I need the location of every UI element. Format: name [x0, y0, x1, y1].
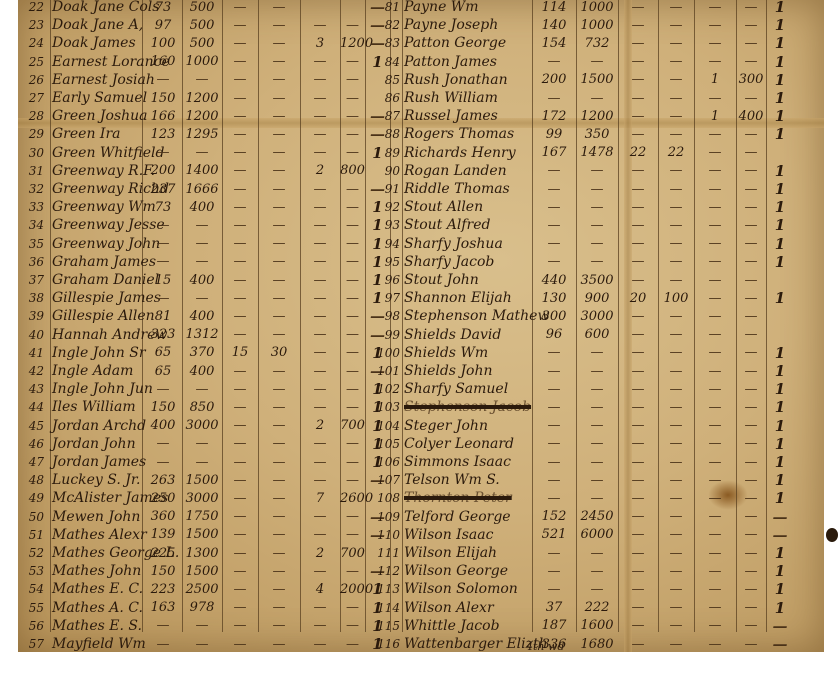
- entry-value-c3: —: [618, 582, 658, 597]
- entry-value-c4: —: [658, 163, 694, 178]
- entry-number: 113: [376, 582, 400, 596]
- entry-value-c3: —: [618, 72, 658, 87]
- entry-value-c1: —: [532, 564, 576, 579]
- entry-value-c3: —: [618, 364, 658, 379]
- entry-value-c5: —: [694, 637, 736, 652]
- entry-value-c3: —: [618, 455, 658, 470]
- entry-value-c6: —: [736, 291, 766, 306]
- entry-value-c4: —: [658, 436, 694, 451]
- entry-value-c4: —: [658, 509, 694, 524]
- entry-value-c1: 37: [532, 600, 576, 615]
- entry-name: Rush William: [404, 90, 498, 106]
- entry-value-c6: —: [736, 509, 766, 524]
- entry-number: 85: [376, 73, 400, 87]
- entry-value-c5: —: [694, 218, 736, 233]
- entry-value-c2: 600: [576, 327, 618, 342]
- entry-name: Sharfy Samuel: [404, 381, 508, 397]
- entry-value-c3: —: [618, 491, 658, 506]
- entry-number: 83: [376, 36, 400, 50]
- entry-value-c1: —: [532, 400, 576, 415]
- page-hole: [826, 528, 838, 542]
- entry-number: 107: [376, 473, 400, 487]
- entry-value-c2: 1600: [576, 618, 618, 633]
- entry-value-c1: —: [532, 200, 576, 215]
- entry-value-c2: —: [576, 200, 618, 215]
- entry-value-c1: 114: [532, 0, 576, 15]
- entry-name: Thornton Peter: [404, 490, 512, 506]
- entry-value-c6: —: [736, 0, 766, 15]
- entry-number: 115: [376, 619, 400, 633]
- entry-value-c2: —: [576, 491, 618, 506]
- entry-value-c5: —: [694, 345, 736, 360]
- entry-value-c6: —: [736, 309, 766, 324]
- entry-value-c5: —: [694, 236, 736, 251]
- entry-value-c4: —: [658, 582, 694, 597]
- entry-value-c6: —: [736, 91, 766, 106]
- entry-value-c6: —: [736, 564, 766, 579]
- entry-name: Rogan Landen: [404, 163, 507, 179]
- entry-value-c2: —: [576, 436, 618, 451]
- entry-value-c1: 521: [532, 527, 576, 542]
- entry-name: Shannon Elijah: [404, 290, 512, 306]
- entry-value-c3: —: [618, 564, 658, 579]
- entry-value-c2: —: [576, 54, 618, 69]
- entry-value-c6: —: [736, 254, 766, 269]
- entry-value-c5: —: [694, 309, 736, 324]
- entry-number: 81: [376, 0, 400, 14]
- entry-value-c5: —: [694, 582, 736, 597]
- entry-value-c2: —: [576, 382, 618, 397]
- entry-value-c6: —: [736, 163, 766, 178]
- entry-value-c6: —: [736, 364, 766, 379]
- entry-value-c2: 1000: [576, 0, 618, 15]
- entry-value-c3: —: [618, 509, 658, 524]
- entry-value-c3: —: [618, 54, 658, 69]
- entry-value-c4: —: [658, 91, 694, 106]
- entry-value-c3: 22: [618, 145, 658, 160]
- entry-value-c4: —: [658, 36, 694, 51]
- entry-value-c5: —: [694, 91, 736, 106]
- entry-value-c6: —: [736, 455, 766, 470]
- entry-value-c5: —: [694, 382, 736, 397]
- entry-name: Steger John: [404, 418, 488, 434]
- entry-number: 99: [376, 328, 400, 342]
- entry-number: 89: [376, 146, 400, 160]
- entry-value-c3: —: [618, 236, 658, 251]
- entry-value-c4: —: [658, 236, 694, 251]
- entry-value-c6: —: [736, 273, 766, 288]
- entry-value-c1: —: [532, 91, 576, 106]
- entry-name: Stout Alfred: [404, 217, 490, 233]
- entry-value-c4: —: [658, 54, 694, 69]
- entry-value-c5: —: [694, 0, 736, 15]
- entry-value-c6: 400: [736, 109, 766, 124]
- entry-value-c4: —: [658, 618, 694, 633]
- entry-value-c5: —: [694, 127, 736, 142]
- entry-value-c4: —: [658, 0, 694, 15]
- entry-value-c5: —: [694, 400, 736, 415]
- entry-number: 88: [376, 127, 400, 141]
- entry-value-c3: —: [618, 418, 658, 433]
- entry-value-c5: —: [694, 327, 736, 342]
- entry-value-c2: —: [576, 400, 618, 415]
- entry-value-c1: —: [532, 218, 576, 233]
- entry-value-c6: —: [736, 527, 766, 542]
- entry-value-c1: 200: [532, 72, 576, 87]
- entry-value-c4: —: [658, 491, 694, 506]
- entry-value-c2: —: [576, 582, 618, 597]
- entry-value-c1: —: [532, 382, 576, 397]
- entry-value-c6: —: [736, 582, 766, 597]
- entry-value-c5: —: [694, 418, 736, 433]
- entry-number: 111: [376, 546, 400, 560]
- entry-value-c5: —: [694, 473, 736, 488]
- entry-number: 105: [376, 437, 400, 451]
- entry-value-c2: —: [576, 91, 618, 106]
- entry-number: 93: [376, 218, 400, 232]
- entry-value-c3: —: [618, 618, 658, 633]
- entry-value-c5: —: [694, 200, 736, 215]
- entry-value-c5: —: [694, 527, 736, 542]
- entry-value-c1: 130: [532, 291, 576, 306]
- entry-value-c6: —: [736, 145, 766, 160]
- entry-value-c3: —: [618, 473, 658, 488]
- entry-name: Rogers Thomas: [404, 126, 514, 142]
- entry-value-c5: —: [694, 364, 736, 379]
- entry-number: 104: [376, 419, 400, 433]
- entry-value-c3: —: [618, 0, 658, 15]
- entry-value-c5: 1: [694, 109, 736, 124]
- entry-value-c4: —: [658, 637, 694, 652]
- entry-value-c4: —: [658, 418, 694, 433]
- entry-value-c5: —: [694, 54, 736, 69]
- entry-value-c3: 20: [618, 291, 658, 306]
- entry-name: Telson Wm S.: [404, 472, 500, 488]
- ledger-row: 116Wattenbarger Elizth3361680—————: [18, 633, 824, 655]
- entry-number: 94: [376, 237, 400, 251]
- entry-value-c2: 1478: [576, 145, 618, 160]
- entry-value-c1: —: [532, 236, 576, 251]
- entry-value-c5: 1: [694, 72, 736, 87]
- entry-number: 100: [376, 346, 400, 360]
- entry-value-c6: 300: [736, 72, 766, 87]
- entry-value-c4: —: [658, 364, 694, 379]
- entry-number: 110: [376, 528, 400, 542]
- entry-value-c2: —: [576, 455, 618, 470]
- entry-value-c6: —: [736, 491, 766, 506]
- entry-value-c2: —: [576, 163, 618, 178]
- entry-value-c3: —: [618, 200, 658, 215]
- entry-value-c4: —: [658, 273, 694, 288]
- entry-name: Patton George: [404, 35, 506, 51]
- entry-name: Shields John: [404, 363, 493, 379]
- entry-name: Riddle Thomas: [404, 181, 510, 197]
- entry-value-c4: —: [658, 473, 694, 488]
- entry-value-c1: —: [532, 418, 576, 433]
- entry-value-c2: —: [576, 254, 618, 269]
- entry-value-c1: —: [532, 455, 576, 470]
- entry-value-c1: —: [532, 254, 576, 269]
- entry-value-c2: 350: [576, 127, 618, 142]
- entry-value-c3: —: [618, 182, 658, 197]
- entry-value-c1: 154: [532, 36, 576, 51]
- entry-value-c2: 1680: [576, 637, 618, 652]
- entry-name: Rush Jonathan: [404, 72, 508, 88]
- ledger-page: 22Doak Jane Cols73500———23Doak Jane A,97…: [18, 0, 824, 652]
- entry-value-c5: —: [694, 491, 736, 506]
- entry-value-c5: —: [694, 18, 736, 33]
- entry-value-c4: —: [658, 455, 694, 470]
- entry-value-c1: —: [532, 436, 576, 451]
- entry-value-c4: —: [658, 200, 694, 215]
- entry-value-c2: 732: [576, 36, 618, 51]
- entry-name: Richards Henry: [404, 145, 516, 161]
- entry-value-c2: —: [576, 182, 618, 197]
- entry-name: Patton James: [404, 54, 497, 70]
- entry-value-c3: —: [618, 91, 658, 106]
- entry-value-c2: 1000: [576, 18, 618, 33]
- entry-value-c6: —: [736, 473, 766, 488]
- entry-value-c4: —: [658, 309, 694, 324]
- entry-value-c1: 152: [532, 509, 576, 524]
- entry-name: Stephenson Mathew: [404, 308, 549, 324]
- entry-value-c1: —: [532, 582, 576, 597]
- entry-value-c6: —: [736, 382, 766, 397]
- entry-value-c2: —: [576, 345, 618, 360]
- entry-value-c3: —: [618, 309, 658, 324]
- entry-value-c4: —: [658, 400, 694, 415]
- entry-value-c4: —: [658, 382, 694, 397]
- entry-value-c6: —: [736, 546, 766, 561]
- entry-number: 96: [376, 273, 400, 287]
- entry-value-c4: —: [658, 109, 694, 124]
- entry-name: Telford George: [404, 509, 511, 525]
- entry-value-c7: —: [766, 635, 794, 653]
- entry-value-c1: 99: [532, 127, 576, 142]
- entry-name: Sharfy Joshua: [404, 236, 503, 252]
- entry-number: 103: [376, 400, 400, 414]
- entry-name: Wilson Alexr: [404, 600, 494, 616]
- entry-value-c1: 140: [532, 18, 576, 33]
- entry-value-c6: —: [736, 400, 766, 415]
- entry-value-c1: —: [532, 546, 576, 561]
- entry-name: Payne Joseph: [404, 17, 498, 33]
- entry-name: Wilson Elijah: [404, 545, 497, 561]
- entry-value-c3: —: [618, 127, 658, 142]
- entry-value-c6: —: [736, 436, 766, 451]
- entry-value-c1: 187: [532, 618, 576, 633]
- entry-value-c4: 100: [658, 291, 694, 306]
- entry-number: 90: [376, 164, 400, 178]
- entry-value-c5: —: [694, 546, 736, 561]
- entry-name: Sharfy Jacob: [404, 254, 494, 270]
- entry-number: 82: [376, 18, 400, 32]
- entry-value-c3: —: [618, 218, 658, 233]
- entry-value-c5: —: [694, 564, 736, 579]
- entry-value-c6: —: [736, 327, 766, 342]
- entry-value-c4: —: [658, 527, 694, 542]
- entry-value-c5: —: [694, 618, 736, 633]
- entry-name: Wilson George: [404, 563, 508, 579]
- entry-value-c3: —: [618, 436, 658, 451]
- entry-number: 91: [376, 182, 400, 196]
- entry-name: Russel James: [404, 108, 498, 124]
- entry-value-c5: —: [694, 291, 736, 306]
- entry-value-c2: 222: [576, 600, 618, 615]
- entry-value-c5: —: [694, 145, 736, 160]
- entry-number: 112: [376, 564, 400, 578]
- entry-value-c1: —: [532, 491, 576, 506]
- entry-value-c3: —: [618, 600, 658, 615]
- entry-value-c4: —: [658, 345, 694, 360]
- entry-value-c4: —: [658, 218, 694, 233]
- entry-value-c6: —: [736, 54, 766, 69]
- entry-number: 116: [376, 637, 400, 651]
- entry-value-c3: —: [618, 527, 658, 542]
- entry-value-c2: —: [576, 564, 618, 579]
- entry-value-c4: —: [658, 18, 694, 33]
- entry-value-c4: —: [658, 600, 694, 615]
- entry-value-c5: —: [694, 163, 736, 178]
- footnote: 4th wd: [526, 640, 564, 653]
- entry-value-c1: —: [532, 364, 576, 379]
- entry-number: 86: [376, 91, 400, 105]
- entry-value-c2: 6000: [576, 527, 618, 542]
- entry-value-c4: —: [658, 72, 694, 87]
- entry-value-c3: —: [618, 163, 658, 178]
- entry-value-c6: —: [736, 218, 766, 233]
- entry-number: 101: [376, 364, 400, 378]
- entry-value-c5: —: [694, 436, 736, 451]
- entry-value-c3: —: [618, 36, 658, 51]
- entry-value-c3: —: [618, 546, 658, 561]
- entry-number: 97: [376, 291, 400, 305]
- entry-value-c1: 440: [532, 273, 576, 288]
- entry-number: 102: [376, 382, 400, 396]
- entry-value-c1: —: [532, 473, 576, 488]
- entry-value-c4: —: [658, 564, 694, 579]
- entry-value-c3: —: [618, 109, 658, 124]
- entry-value-c6: —: [736, 236, 766, 251]
- entry-value-c6: —: [736, 637, 766, 652]
- entry-number: 95: [376, 255, 400, 269]
- entry-value-c6: —: [736, 418, 766, 433]
- entry-name: Whittle Jacob: [404, 618, 500, 634]
- entry-value-c1: 172: [532, 109, 576, 124]
- entry-name: Simmons Isaac: [404, 454, 511, 470]
- entry-number: 87: [376, 109, 400, 123]
- entry-value-c2: 1500: [576, 72, 618, 87]
- entry-name: Shields David: [404, 327, 501, 343]
- entry-value-c6: —: [736, 600, 766, 615]
- entry-value-c3: —: [618, 327, 658, 342]
- entry-value-c2: —: [576, 546, 618, 561]
- entry-value-c6: —: [736, 345, 766, 360]
- entry-value-c1: —: [532, 182, 576, 197]
- entry-value-c3: —: [618, 637, 658, 652]
- entry-name: Shields Wm: [404, 345, 488, 361]
- entry-value-c4: —: [658, 254, 694, 269]
- entry-value-c2: —: [576, 418, 618, 433]
- entry-number: 98: [376, 309, 400, 323]
- entry-value-c2: 2450: [576, 509, 618, 524]
- entry-value-c2: —: [576, 473, 618, 488]
- entry-value-c3: —: [618, 400, 658, 415]
- entry-name: Payne Wm: [404, 0, 478, 15]
- entry-value-c1: 96: [532, 327, 576, 342]
- entry-value-c6: —: [736, 127, 766, 142]
- entry-value-c4: —: [658, 327, 694, 342]
- entry-value-c2: —: [576, 364, 618, 379]
- entry-value-c1: —: [532, 345, 576, 360]
- entry-value-c4: —: [658, 127, 694, 142]
- entry-value-c5: —: [694, 509, 736, 524]
- entry-value-c5: —: [694, 273, 736, 288]
- entry-value-c5: —: [694, 455, 736, 470]
- entry-value-c3: —: [618, 345, 658, 360]
- entry-value-c2: 900: [576, 291, 618, 306]
- entry-value-c3: —: [618, 382, 658, 397]
- entry-name: Stephenson Jacob: [404, 399, 531, 415]
- entry-value-c3: —: [618, 18, 658, 33]
- entry-number: 109: [376, 510, 400, 524]
- entry-value-c2: 3000: [576, 309, 618, 324]
- entry-value-c5: —: [694, 254, 736, 269]
- entry-value-c4: —: [658, 546, 694, 561]
- entry-value-c3: —: [618, 254, 658, 269]
- entry-value-c4: —: [658, 182, 694, 197]
- entry-value-c1: —: [532, 163, 576, 178]
- entry-value-c5: —: [694, 36, 736, 51]
- entry-value-c6: —: [736, 36, 766, 51]
- entry-number: 84: [376, 55, 400, 69]
- entry-value-c2: 3500: [576, 273, 618, 288]
- entry-value-c1: 167: [532, 145, 576, 160]
- entry-value-c6: —: [736, 18, 766, 33]
- entry-name: Wilson Solomon: [404, 581, 518, 597]
- entry-value-c1: 300: [532, 309, 576, 324]
- entry-name: Stout John: [404, 272, 479, 288]
- entry-number: 106: [376, 455, 400, 469]
- entry-value-c2: —: [576, 218, 618, 233]
- entry-value-c5: —: [694, 600, 736, 615]
- entry-value-c1: —: [532, 54, 576, 69]
- entry-value-c2: 1200: [576, 109, 618, 124]
- entry-number: 92: [376, 200, 400, 214]
- entry-value-c6: —: [736, 200, 766, 215]
- entry-name: Wilson Isaac: [404, 527, 493, 543]
- entry-value-c3: —: [618, 273, 658, 288]
- entry-value-c4: 22: [658, 145, 694, 160]
- entry-value-c5: —: [694, 182, 736, 197]
- entry-name: Colyer Leonard: [404, 436, 514, 452]
- entry-number: 108: [376, 491, 400, 505]
- entry-number: 114: [376, 601, 400, 615]
- entry-value-c6: —: [736, 618, 766, 633]
- entry-value-c2: —: [576, 236, 618, 251]
- entry-value-c6: —: [736, 182, 766, 197]
- entry-name: Stout Allen: [404, 199, 483, 215]
